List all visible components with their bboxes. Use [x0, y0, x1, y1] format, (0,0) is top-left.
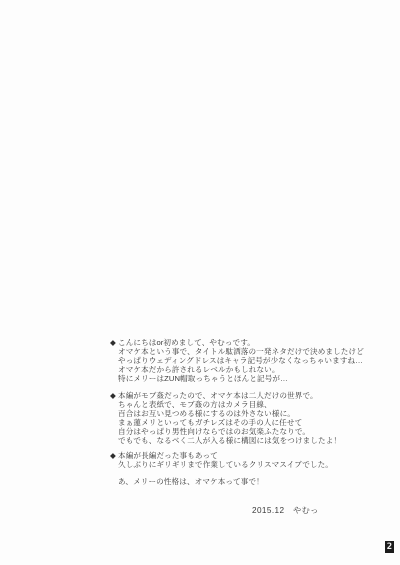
text-line: まぁ蓮メリといってもガチレズはその手の人に任せて — [110, 418, 370, 427]
text-line: 特にメリーはZUN帽取っちゃうとほんと記号が… — [110, 374, 370, 383]
paragraph-postscript: あ、メリーの性格は、オマケ本って事で！ — [110, 477, 370, 486]
text-line: オマケ本という事で、タイトル駄洒落の一発ネタだけで決めましたけど — [110, 347, 370, 356]
paragraph-greeting: ◆こんにちはor初めまして、やむっです。 オマケ本という事で、タイトル駄洒落の一… — [110, 338, 370, 383]
paragraph-christmas: ◆本編が長編だった事もあって 久しぶりにギリギリまで作業しているクリスマスイブで… — [110, 451, 370, 469]
text-line: ちゃんと表紙で、モブ姦の方はカメラ目線、 — [110, 400, 370, 409]
text-line: 百合はお互い見つめる様にするのは外さない様に。 — [110, 409, 370, 418]
text-line: やっぱりウェディングドレスはキャラ記号が少なくなっちゃいますね… — [110, 356, 370, 365]
text-line: あ、メリーの性格は、オマケ本って事で！ — [110, 477, 370, 486]
text-line-content: こんにちはor初めまして、やむっです。 — [118, 338, 255, 347]
afterword-text: ◆こんにちはor初めまして、やむっです。 オマケ本という事で、タイトル駄洒落の一… — [110, 338, 370, 486]
diamond-bullet-icon: ◆ — [110, 338, 118, 347]
afterword-page: ◆こんにちはor初めまして、やむっです。 オマケ本という事で、タイトル駄洒落の一… — [0, 0, 400, 565]
text-line: ◆本編がモブ姦だったので、オマケ本は二人だけの世界で。 — [110, 391, 370, 400]
diamond-bullet-icon: ◆ — [110, 391, 118, 400]
text-line-content: 本編が長編だった事もあって — [118, 451, 218, 460]
paragraph-cover-notes: ◆本編がモブ姦だったので、オマケ本は二人だけの世界で。 ちゃんと表紙で、モブ姦の… — [110, 391, 370, 445]
text-line: 久しぶりにギリギリまで作業しているクリスマスイブでした。 — [110, 460, 370, 469]
text-line: 自分はやっぱり男性向けならではのお気楽ふたなりで。 — [110, 427, 370, 436]
diamond-bullet-icon: ◆ — [110, 451, 118, 460]
signature: 2015.12 やむっ — [252, 506, 319, 516]
text-line: オマケ本だから許されるレベルかもしれない。 — [110, 365, 370, 374]
text-line: ◆こんにちはor初めまして、やむっです。 — [110, 338, 370, 347]
text-line: ◆本編が長編だった事もあって — [110, 451, 370, 460]
page-number: 2 — [385, 541, 394, 553]
text-line-content: 本編がモブ姦だったので、オマケ本は二人だけの世界で。 — [118, 391, 318, 400]
text-line: でもでも、なるべく二人が入る様に構図には気をつけましたよ！ — [110, 436, 370, 445]
